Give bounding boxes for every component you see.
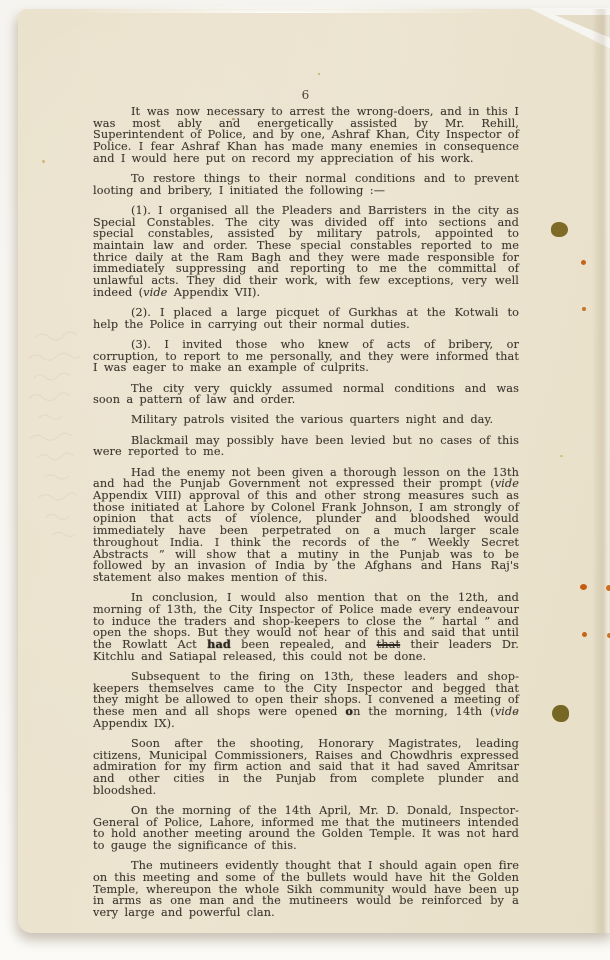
paragraph: On the morning of the 14th April, Mr. D.…	[93, 805, 519, 852]
text-segment: Appendix IX).	[93, 717, 175, 730]
paragraph: Soon after the shooting, Honorary Magist…	[93, 738, 519, 797]
paragraph: The city very quickly assumed normal con…	[93, 383, 519, 406]
page-top-curl	[73, 5, 493, 13]
paragraph: (2). I placed a large picquet of Gurkhas…	[93, 307, 519, 330]
paragraph: (3). I invited those who knew of acts of…	[93, 339, 519, 374]
text-segment: The city very quickly assumed normal con…	[93, 382, 519, 407]
text-segment: It was now necessary to arrest the wrong…	[93, 105, 519, 165]
text-segment: Soon after the shooting, Honorary Magist…	[93, 737, 519, 797]
paragraph: Blackmail may possibly have been levied …	[93, 435, 519, 458]
text-segment: n the morning, 14th (	[353, 705, 495, 718]
paragraph: It was now necessary to arrest the wrong…	[93, 106, 519, 165]
text-segment: On the morning of the 14th April, Mr. D.…	[93, 804, 519, 852]
text-segment: Had the enemy not been given a thorough …	[93, 466, 519, 491]
scan-background: { "page": { "number": "6" }, "colors": {…	[0, 0, 610, 960]
paragraph: Subsequent to the firing on 13th, these …	[93, 671, 519, 730]
text-segment: (2). I placed a large picquet of Gurkhas…	[93, 306, 519, 331]
text-segment: The mutineers evidently thought that I s…	[93, 859, 519, 919]
text-segment: Blackmail may possibly have been levied …	[93, 434, 519, 459]
document-body: It was now necessary to arrest the wrong…	[93, 106, 519, 927]
page-number: 6	[93, 88, 519, 102]
text-segment-italic: vide	[495, 705, 519, 718]
paragraph: To restore things to their normal condit…	[93, 173, 519, 196]
text-segment: Appendix VIII) approval of this and othe…	[93, 489, 519, 584]
paragraph: (1). I organised all the Pleaders and Ba…	[93, 205, 519, 299]
text-segment: To restore things to their normal condit…	[93, 172, 519, 197]
text-segment: (1). I organised all the Pleaders and Ba…	[93, 204, 519, 299]
text-segment: Appendix VII).	[167, 286, 260, 299]
text-segment-blot: o	[345, 704, 353, 718]
text-segment: (3). I invited those who knew of acts of…	[93, 338, 519, 374]
document-page: 6 It was now necessary to arrest the wro…	[18, 9, 610, 933]
paragraph: The mutineers evidently thought that I s…	[93, 860, 519, 919]
paragraph: In conclusion, I would also mention that…	[93, 592, 519, 662]
paragraph: Military patrols visited the various qua…	[93, 414, 519, 426]
text-segment: Military patrols visited the various qua…	[131, 413, 493, 426]
text-segment-italic: vide	[143, 286, 167, 299]
paragraph: Had the enemy not been given a thorough …	[93, 467, 519, 584]
